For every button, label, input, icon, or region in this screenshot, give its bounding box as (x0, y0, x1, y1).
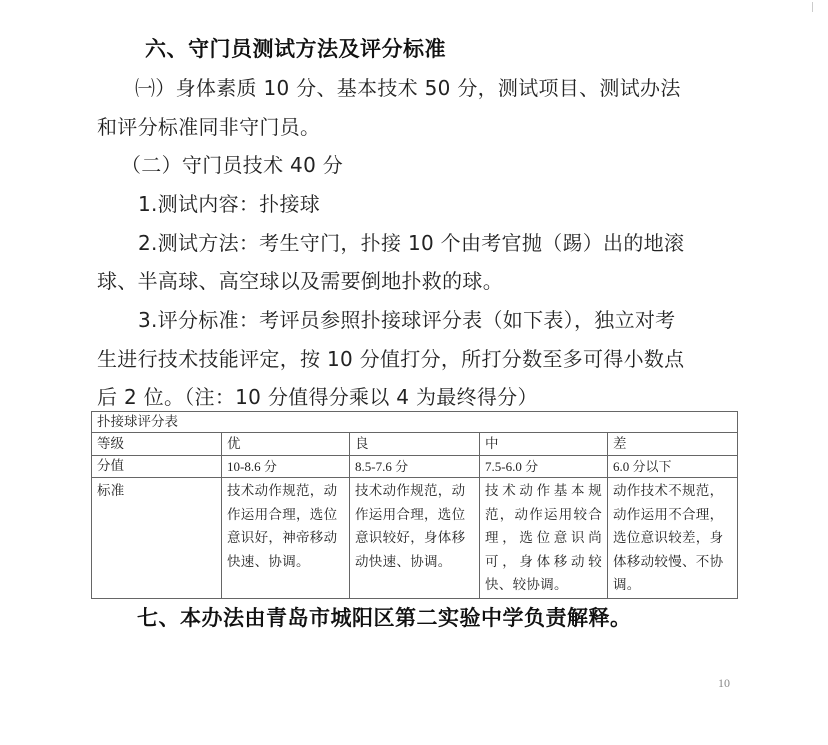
catch-scoring-table: 扑接球评分表 等级 优 良 中 差 分值 10-8.6 分 8.5-7.6 分 … (91, 411, 738, 599)
part-2-item-3-line-2: 生进行技术技能评定，按 10 分值打分，所打分数至多可得小数点 (97, 343, 684, 372)
part-1-line-2: 和评分标准同非守门员。 (97, 111, 320, 140)
value-good: 8.5-7.6 分 (350, 456, 480, 478)
table-title-row: 扑接球评分表 (92, 412, 738, 433)
grade-excellent: 优 (222, 433, 350, 456)
value-average: 7.5-6.0 分 (480, 456, 608, 478)
section-6-heading: 六、守门员测试方法及评分标准 (145, 33, 446, 63)
part-2-item-3-line-3: 后 2 位。（注：10 分值得分乘以 4 为最终得分） (97, 381, 538, 410)
standard-poor: 动作技术不规范，动作运用不合理，选位意识较差，身体移动较慢、不协调。 (608, 478, 738, 599)
part-2-heading: （二）守门员技术 40 分 (121, 149, 343, 178)
row-label-value: 分值 (92, 456, 222, 478)
part-1-line-1: ㈠）身体素质 10 分、基本技术 50 分，测试项目、测试办法 (135, 72, 681, 101)
part-2-item-3-line-1: 3.评分标准：考评员参照扑接球评分表（如下表），独立对考 (138, 304, 675, 333)
table-row-grade: 等级 优 良 中 差 (92, 433, 738, 456)
row-label-standard: 标准 (92, 478, 222, 599)
row-label-grade: 等级 (92, 433, 222, 456)
standard-excellent: 技术动作规范，动作运用合理，选位意识好，神帝移动快速、协调。 (222, 478, 350, 599)
table-title: 扑接球评分表 (92, 412, 738, 433)
corner-mark (812, 2, 813, 12)
table-row-value: 分值 10-8.6 分 8.5-7.6 分 7.5-6.0 分 6.0 分以下 (92, 456, 738, 478)
page-number: 10 (718, 676, 730, 691)
standard-good: 技术动作规范，动作运用合理，选位意识较好，身体移动快速、协调。 (350, 478, 480, 599)
standard-average: 技术动作基本规范，动作运用较合理，选位意识尚可，身体移动较快、较协调。 (480, 478, 608, 599)
section-7-heading: 七、本办法由青岛市城阳区第二实验中学负责解释。 (137, 602, 632, 632)
part-2-item-1: 1.测试内容：扑接球 (138, 188, 320, 217)
value-excellent: 10-8.6 分 (222, 456, 350, 478)
table-row-standard: 标准 技术动作规范，动作运用合理，选位意识好，神帝移动快速、协调。 技术动作规范… (92, 478, 738, 599)
part-2-item-2-line-2: 球、半高球、高空球以及需要倒地扑救的球。 (97, 265, 503, 294)
grade-poor: 差 (608, 433, 738, 456)
grade-average: 中 (480, 433, 608, 456)
grade-good: 良 (350, 433, 480, 456)
part-2-item-2-line-1: 2.测试方法：考生守门，扑接 10 个由考官抛（踢）出的地滚 (138, 227, 684, 256)
document-page: 六、守门员测试方法及评分标准 ㈠）身体素质 10 分、基本技术 50 分，测试项… (0, 0, 828, 745)
value-poor: 6.0 分以下 (608, 456, 738, 478)
